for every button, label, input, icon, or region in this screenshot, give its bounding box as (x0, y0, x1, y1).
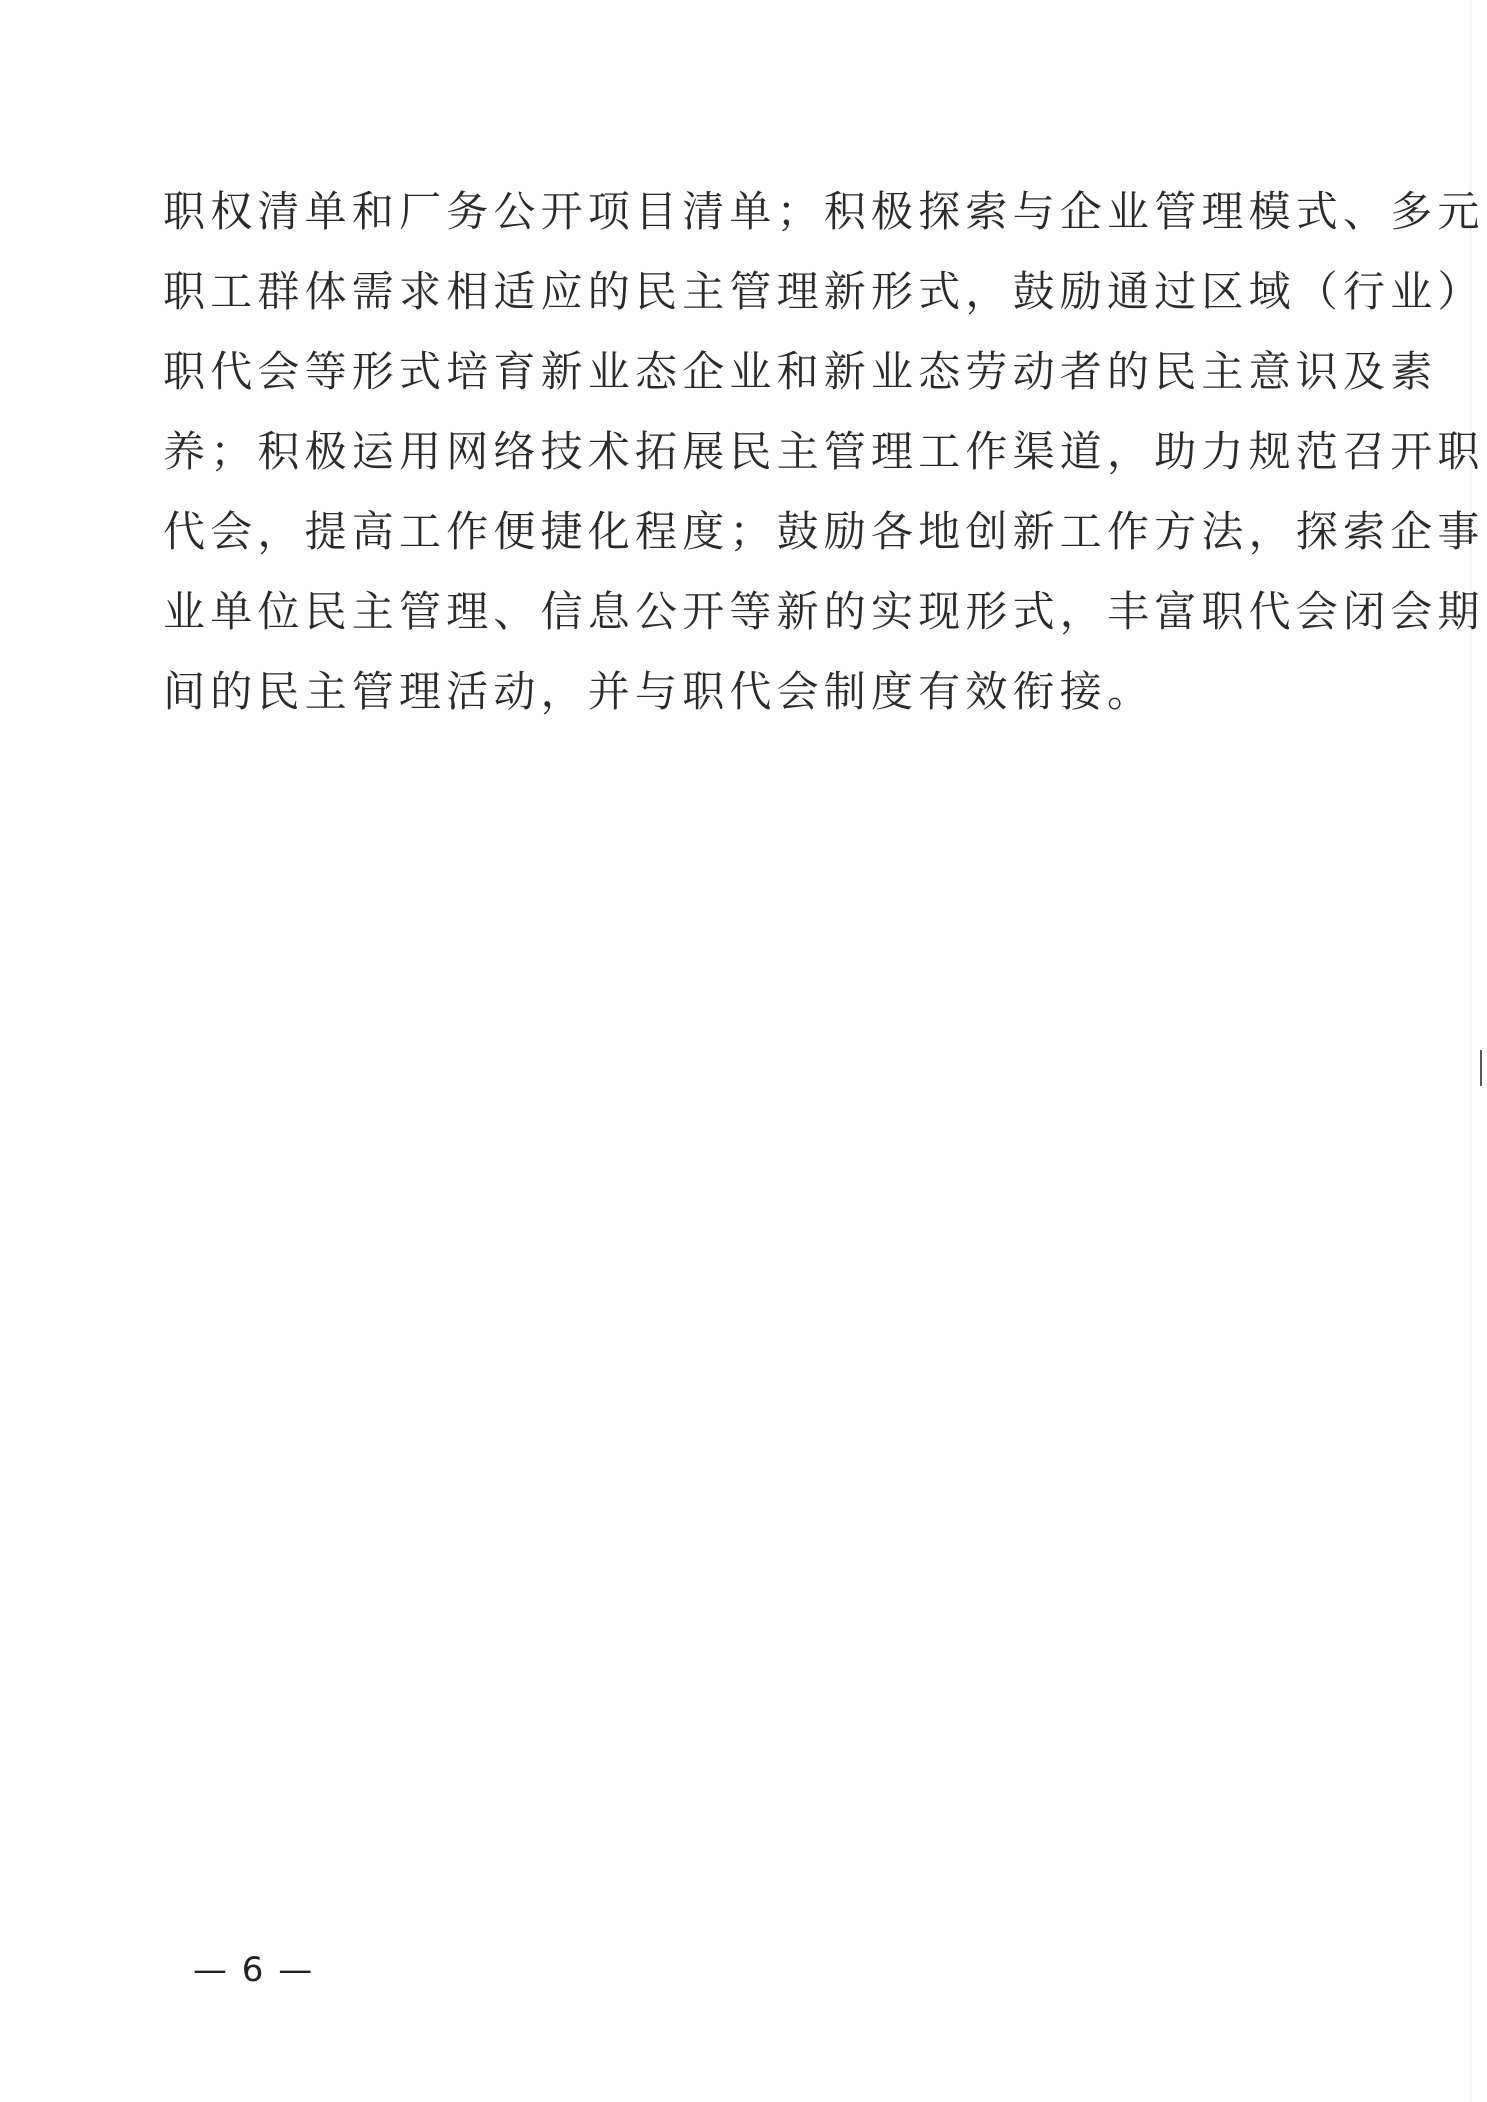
paragraph-line: 职代会等形式培育新业态企业和新业态劳动者的民主意识及素 (163, 332, 1293, 412)
paragraph-line: 职工群体需求相适应的民主管理新形式，鼓励通过区域（行业） (163, 252, 1293, 332)
document-page: 职权清单和厂务公开项目清单；积极探索与企业管理模式、多元 职工群体需求相适应的民… (0, 0, 1487, 2102)
paragraph-line: 业单位民主管理、信息公开等新的实现形式，丰富职代会闭会期 (163, 572, 1293, 652)
paragraph-line: 职权清单和厂务公开项目清单；积极探索与企业管理模式、多元 (163, 172, 1293, 252)
paragraph-line: 养；积极运用网络技术拓展民主管理工作渠道，助力规范召开职 (163, 412, 1293, 492)
scan-artifact-mark (1480, 1050, 1482, 1086)
paragraph-line: 间的民主管理活动，并与职代会制度有效衔接。 (163, 652, 1293, 732)
body-paragraph: 职权清单和厂务公开项目清单；积极探索与企业管理模式、多元 职工群体需求相适应的民… (163, 172, 1293, 732)
paragraph-line: 代会，提高工作便捷化程度；鼓励各地创新工作方法，探索企事 (163, 492, 1293, 572)
page-number: — 6 — (193, 1948, 314, 1992)
